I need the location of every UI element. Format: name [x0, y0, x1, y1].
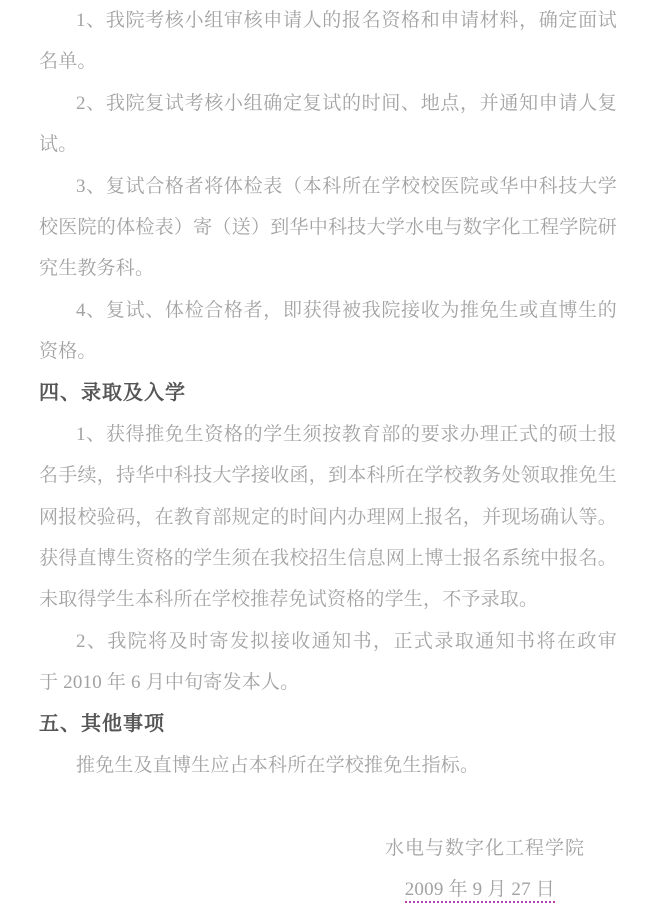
date-text: 2009 年 9 月 27 日 — [405, 879, 555, 903]
document-content: 1、我院考核小组审核申请人的报名资格和申请材料，确定面试名单。2、我院复试考核小… — [0, 0, 659, 911]
document-page: 1、我院考核小组审核申请人的报名资格和申请材料，确定面试名单。2、我院复试考核小… — [0, 0, 659, 911]
text-line: 试。 — [39, 124, 617, 165]
text-line: 2、我院复试考核小组确定复试的时间、地点，并通知申请人复 — [39, 83, 617, 124]
text-line: 获得直博生资格的学生须在我校招生信息网上博士报名系统中报名。 — [39, 538, 617, 579]
signature-line: 水电与数字化工程学院 — [39, 828, 617, 869]
text-line: 未取得学生本科所在学校推荐免试资格的学生，不予录取。 — [39, 579, 617, 620]
section-heading: 四、录取及入学 — [39, 373, 617, 414]
text-line: 资格。 — [39, 331, 617, 372]
date-line: 2009 年 9 月 27 日 — [39, 869, 617, 910]
section-heading: 五、其他事项 — [39, 704, 617, 745]
text-line: 1、我院考核小组审核申请人的报名资格和申请材料，确定面试 — [39, 0, 617, 41]
text-line: 3、复试合格者将体检表（本科所在学校校医院或华中科技大学 — [39, 166, 617, 207]
text-line: 名手续，持华中科技大学接收函，到本科所在学校教务处领取推免生 — [39, 455, 617, 496]
text-line: 2、我院将及时寄发拟接收通知书，正式录取通知书将在政审后， — [39, 621, 617, 662]
text-line: 4、复试、体检合格者，即获得被我院接收为推免生或直博生的 — [39, 290, 617, 331]
text-line: 网报校验码，在教育部规定的时间内办理网上报名，并现场确认等。 — [39, 497, 617, 538]
text-line: 1、获得推免生资格的学生须按教育部的要求办理正式的硕士报 — [39, 414, 617, 455]
text-line: 校医院的体检表）寄（送）到华中科技大学水电与数字化工程学院研 — [39, 207, 617, 248]
text-line: 究生教务科。 — [39, 248, 617, 289]
text-line: 于 2010 年 6 月中旬寄发本人。 — [39, 662, 617, 703]
text-line: 推免生及直博生应占本科所在学校推免生指标。 — [39, 745, 617, 786]
text-line: 名单。 — [39, 41, 617, 82]
blank-line — [39, 786, 617, 827]
